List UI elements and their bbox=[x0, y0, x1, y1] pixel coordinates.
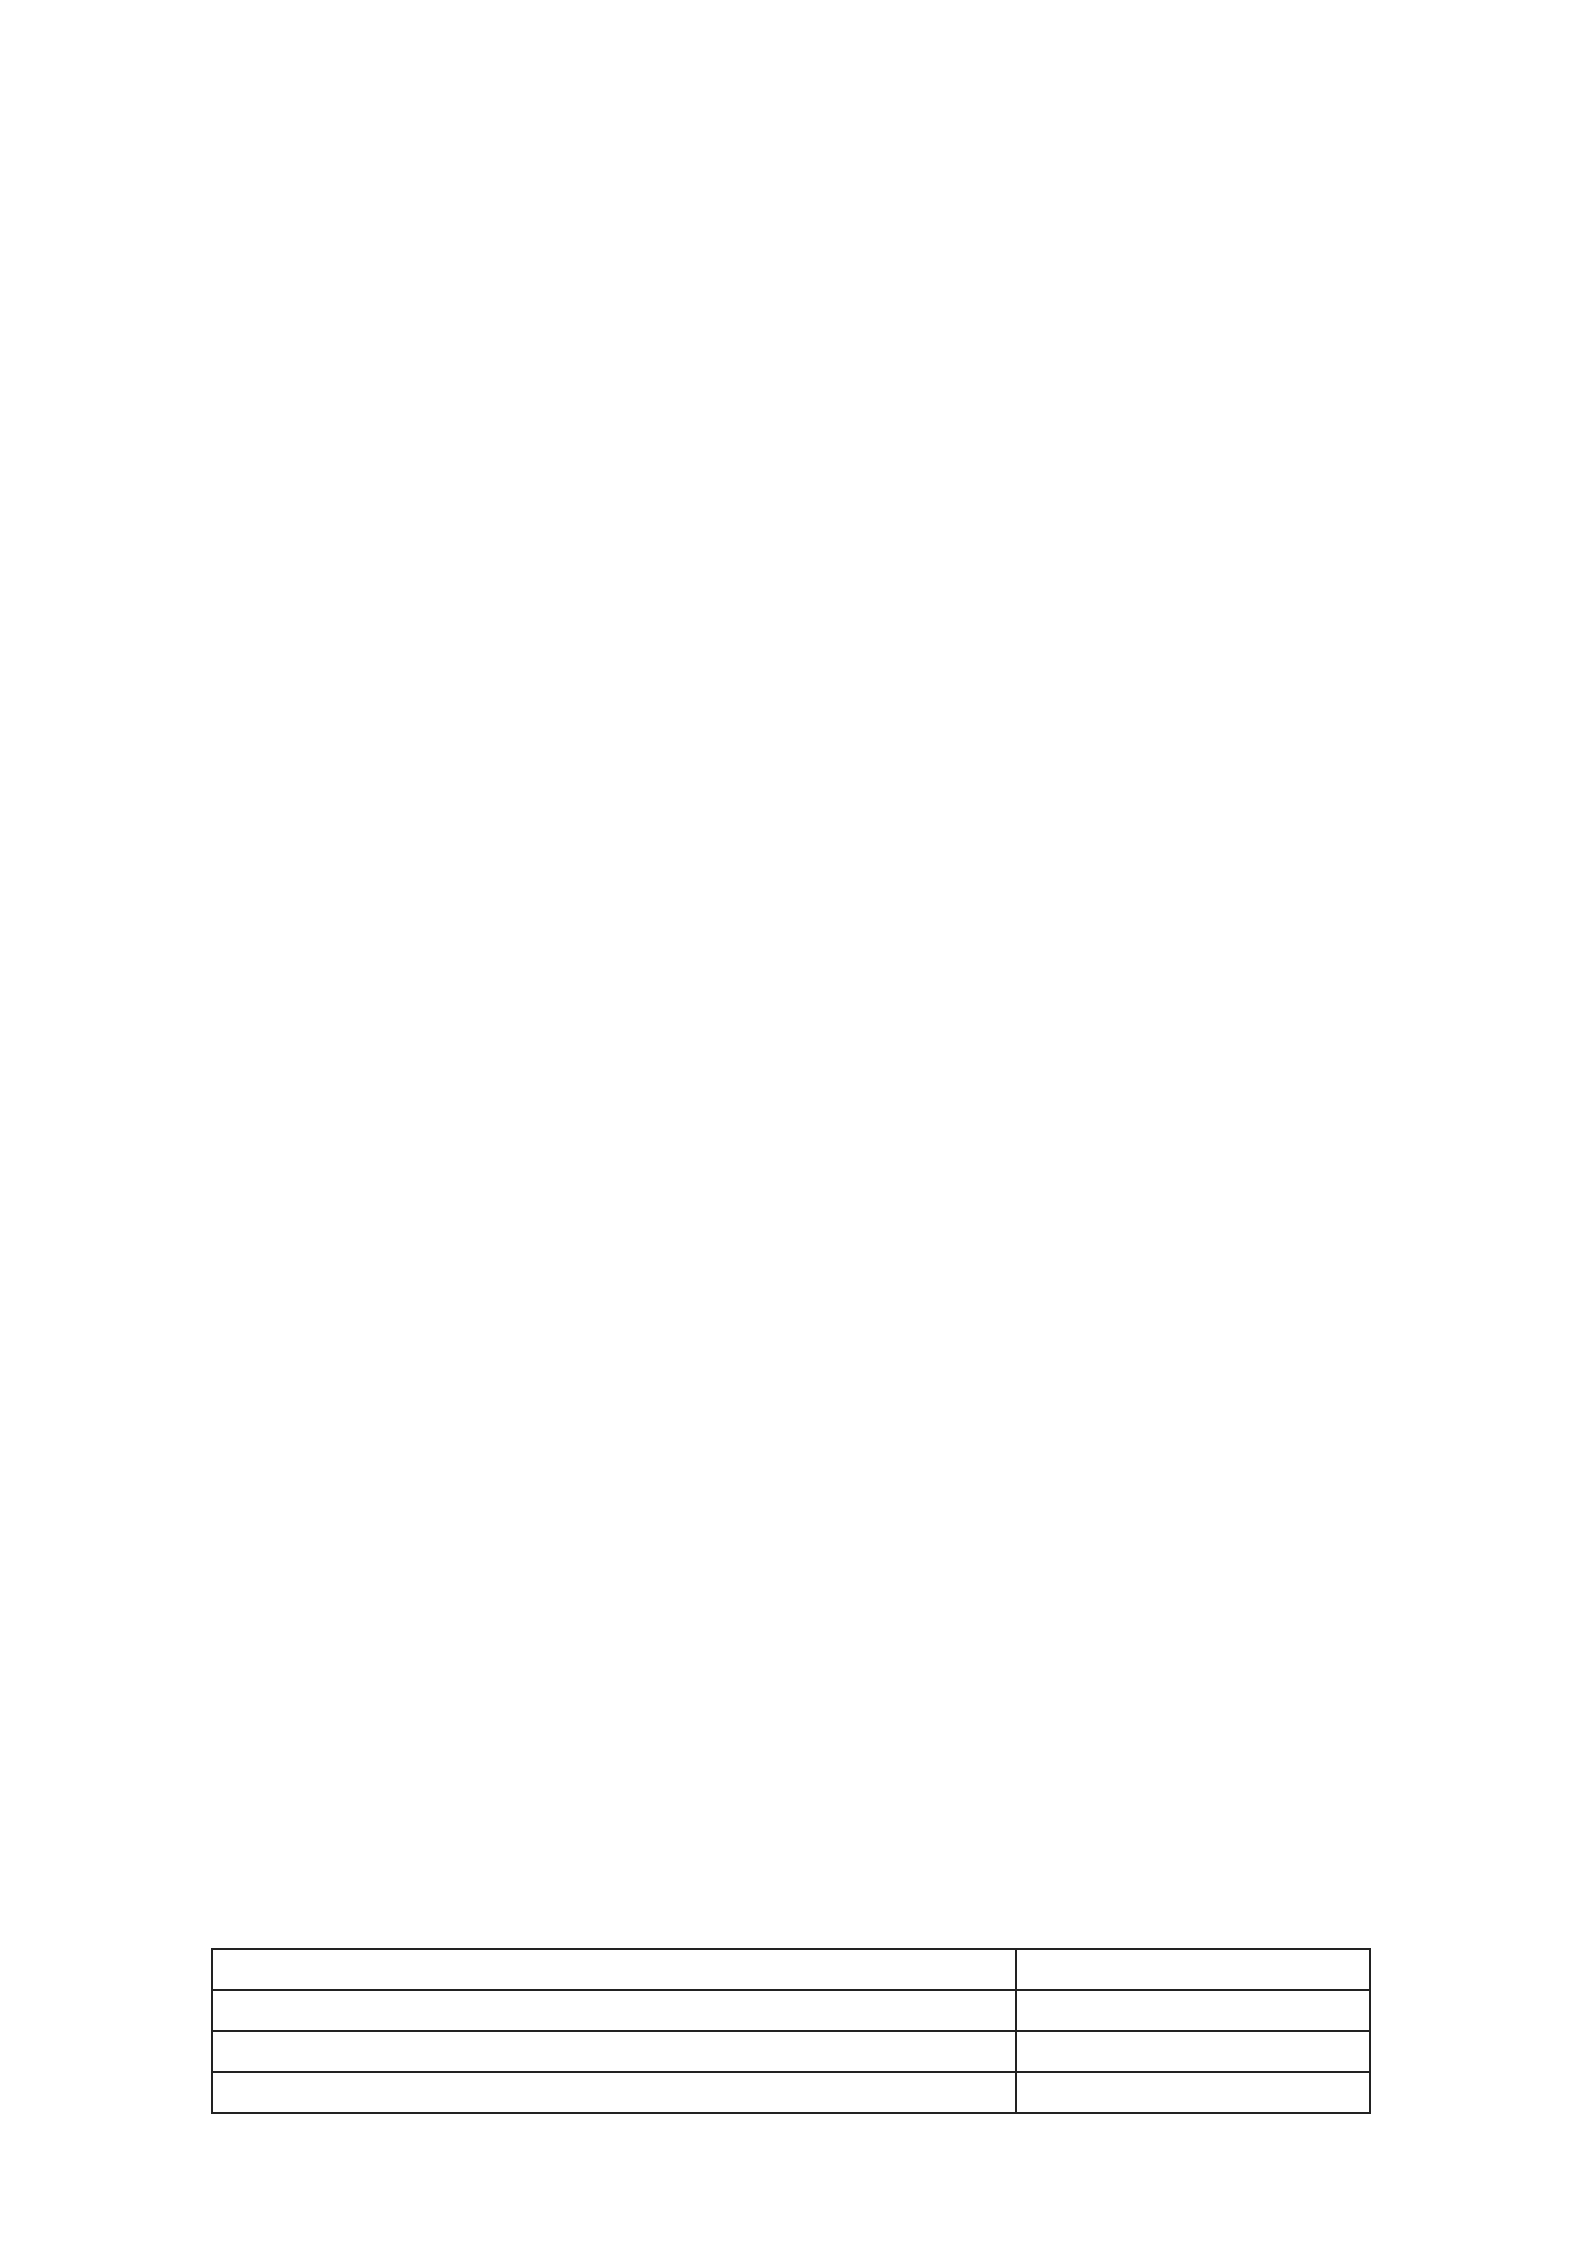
table-cell-example bbox=[1016, 2031, 1370, 2072]
table-header-rule bbox=[212, 1949, 1016, 1990]
table-cell-example bbox=[1016, 1990, 1370, 2031]
table-header-example bbox=[1016, 1949, 1370, 1990]
table-cell-rule bbox=[212, 2031, 1016, 2072]
table-row bbox=[212, 2072, 1370, 2113]
table-row bbox=[212, 1990, 1370, 2031]
table-cell-example bbox=[1016, 2072, 1370, 2113]
table-row bbox=[212, 2031, 1370, 2072]
table-header-row bbox=[212, 1949, 1370, 1990]
lesson-title bbox=[0, 1345, 1587, 1396]
conjugation-rules-table bbox=[211, 1948, 1371, 2114]
table-cell-rule bbox=[212, 1990, 1016, 2031]
table-cell-rule bbox=[212, 2072, 1016, 2113]
